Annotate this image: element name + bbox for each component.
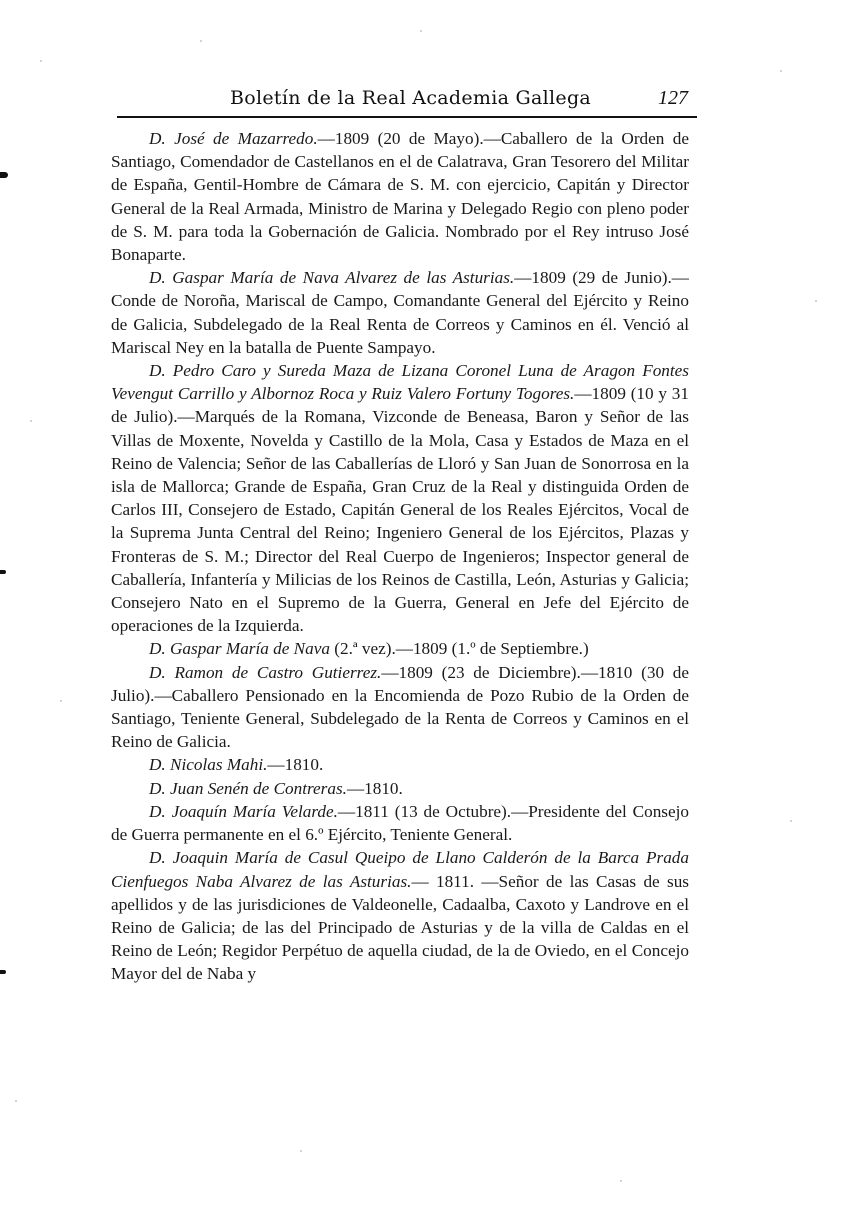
entry-mazarredo: D. José de Mazarredo.—1809 (20 de Mayo).… bbox=[111, 127, 689, 266]
scan-speck bbox=[60, 700, 62, 702]
entry-text: —1809 (20 de Mayo).—Caballero de la Orde… bbox=[111, 129, 689, 264]
scan-speck bbox=[790, 820, 792, 822]
margin-mark bbox=[0, 172, 8, 178]
entry-casul: D. Joaquin María de Casul Queipo de Llan… bbox=[111, 846, 689, 985]
entry-name: D. Gaspar María de Nava Alvarez de las A… bbox=[149, 268, 514, 287]
entry-nava: D. Gaspar María de Nava Alvarez de las A… bbox=[111, 266, 689, 359]
entry-text: —1810. bbox=[347, 779, 403, 798]
entry-velarde: D. Joaquín María Velarde.—1811 (13 de Oc… bbox=[111, 800, 689, 846]
margin-mark bbox=[0, 970, 6, 974]
entry-name: D. Gaspar María de Nava bbox=[149, 639, 330, 658]
scan-speck bbox=[30, 420, 32, 422]
body-text: D. José de Mazarredo.—1809 (20 de Mayo).… bbox=[111, 127, 689, 986]
scan-speck bbox=[815, 300, 817, 302]
running-title: Boletín de la Real Academia Gallega bbox=[230, 87, 591, 109]
margin-mark bbox=[0, 570, 6, 574]
scan-speck bbox=[300, 1150, 302, 1152]
entry-nava-second: D. Gaspar María de Nava (2.ª vez).—1809 … bbox=[111, 637, 689, 660]
entry-name: D. Joaquín María Velarde. bbox=[149, 802, 338, 821]
entry-text: (2.ª vez).—1809 (1.º de Septiembre.) bbox=[330, 639, 589, 658]
header-rule bbox=[117, 116, 697, 118]
scan-speck bbox=[420, 30, 422, 32]
entry-text: —1809 (10 y 31 de Julio).—Marqués de la … bbox=[111, 384, 689, 635]
scan-speck bbox=[620, 1180, 622, 1182]
scan-speck bbox=[200, 40, 202, 42]
entry-text: —1810. bbox=[267, 755, 323, 774]
scan-speck bbox=[780, 70, 782, 72]
entry-castro: D. Ramon de Castro Gutierrez.—1809 (23 d… bbox=[111, 661, 689, 754]
scan-speck bbox=[15, 1100, 17, 1102]
entry-name: D. Ramon de Castro Gutierrez. bbox=[149, 663, 381, 682]
page-number: 127 bbox=[658, 87, 688, 110]
entry-name: D. Juan Senén de Contreras. bbox=[149, 779, 347, 798]
entry-caro: D. Pedro Caro y Sureda Maza de Lizana Co… bbox=[111, 359, 689, 637]
scan-speck bbox=[40, 60, 42, 62]
entry-name: D. José de Mazarredo. bbox=[149, 129, 318, 148]
running-head: Boletín de la Real Academia Gallega 127 bbox=[110, 85, 690, 115]
entry-contreras: D. Juan Senén de Contreras.—1810. bbox=[111, 777, 689, 800]
entry-mahi: D. Nicolas Mahi.—1810. bbox=[111, 753, 689, 776]
entry-name: D. Nicolas Mahi. bbox=[149, 755, 267, 774]
